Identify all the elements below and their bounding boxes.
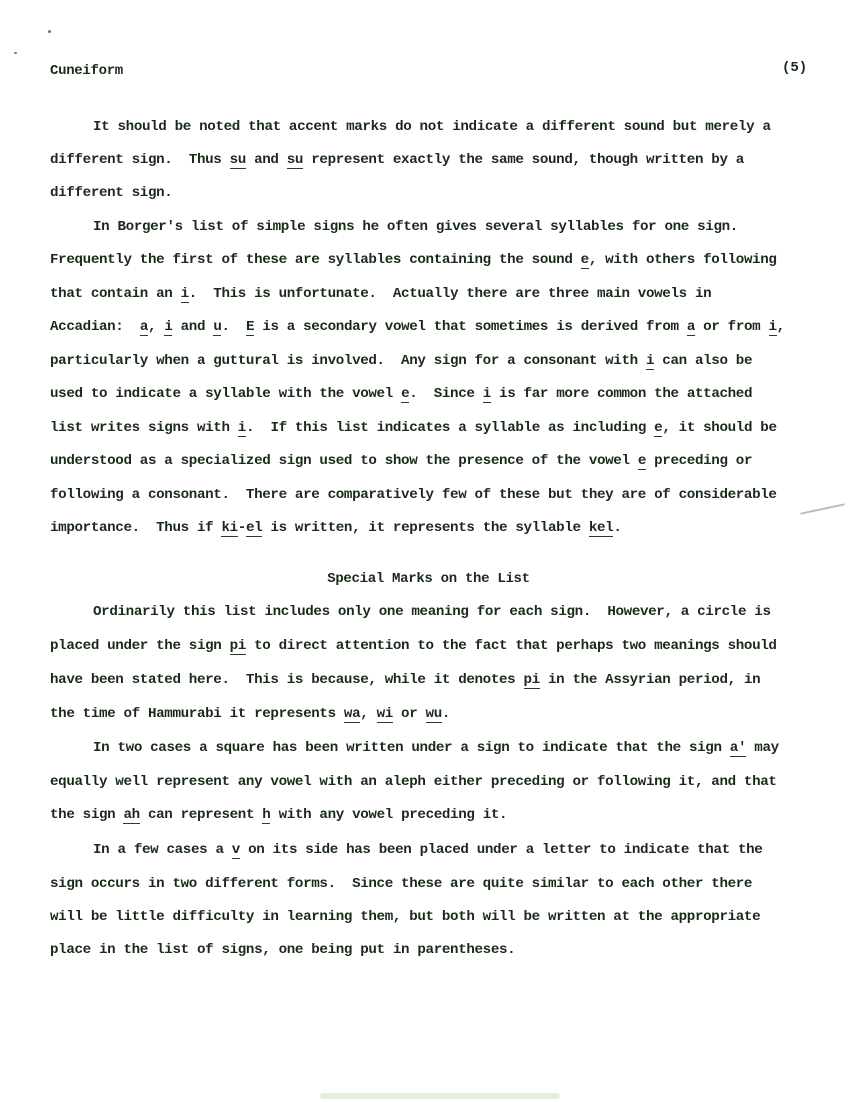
section-paragraph-3-line-1: In a few cases a v on its side has been … [93, 841, 762, 859]
underlined-term: i [769, 319, 777, 336]
section-paragraph-3-line-4: place in the list of signs, one being pu… [50, 941, 515, 959]
underlined-term: a' [730, 740, 746, 757]
paragraph-2-line-9: following a consonant. There are compara… [50, 486, 777, 504]
underlined-term: v [232, 842, 240, 859]
section-paragraph-1-line-3: have been stated here. This is because, … [50, 671, 760, 689]
paragraph-1-line-1: It should be noted that accent marks do … [93, 118, 771, 136]
paragraph-2-line-8: understood as a specialized sign used to… [50, 452, 752, 470]
document-page: Cuneiform (5) It should be noted that ac… [0, 0, 857, 1102]
section-paragraph-2-line-3: the sign ah can represent h with any vow… [50, 806, 507, 824]
page-number: (5) [782, 60, 807, 76]
underlined-term: ah [123, 807, 139, 824]
underlined-term: e [638, 453, 646, 470]
paragraph-2-line-10: importance. Thus if ki-el is written, it… [50, 519, 622, 537]
paragraph-2-line-5: particularly when a guttural is involved… [50, 352, 752, 370]
paragraph-2-line-7: list writes signs with i. If this list i… [50, 419, 777, 437]
underlined-term: e [401, 386, 409, 403]
paragraph-2-line-3: that contain an i. This is unfortunate. … [50, 285, 711, 303]
underlined-term: su [230, 152, 246, 169]
underlined-term: i [238, 420, 246, 437]
section-paragraph-3-line-2: sign occurs in two different forms. Sinc… [50, 875, 752, 893]
section-paragraph-1-line-4: the time of Hammurabi it represents wa, … [50, 705, 450, 723]
underlined-term: kel [589, 520, 614, 537]
underlined-term: su [287, 152, 303, 169]
paragraph-1-line-3: different sign. [50, 184, 172, 202]
underlined-term: E [246, 319, 254, 336]
scan-speck [14, 52, 17, 54]
section-heading: Special Marks on the List [0, 571, 857, 587]
scan-streak [800, 503, 844, 514]
paragraph-2-line-6: used to indicate a syllable with the vow… [50, 385, 752, 403]
underlined-term: i [646, 353, 654, 370]
underlined-term: ki [221, 520, 237, 537]
paragraph-2-line-1: In Borger's list of simple signs he ofte… [93, 218, 738, 236]
underlined-term: el [246, 520, 262, 537]
section-paragraph-2-line-2: equally well represent any vowel with an… [50, 773, 777, 791]
underlined-term: wu [426, 706, 442, 723]
paragraph-1-line-2: different sign. Thus su and su represent… [50, 151, 744, 169]
section-paragraph-3-line-3: will be little difficulty in learning th… [50, 908, 760, 926]
underlined-term: pi [230, 638, 246, 655]
underlined-term: a [687, 319, 695, 336]
underlined-term: pi [524, 672, 540, 689]
section-paragraph-2-line-1: In two cases a square has been written u… [93, 739, 779, 757]
underlined-term: wa [344, 706, 360, 723]
scan-speck [48, 30, 51, 33]
underlined-term: a [140, 319, 148, 336]
underlined-term: e [581, 252, 589, 269]
underlined-term: wi [377, 706, 393, 723]
paragraph-2-line-4: Accadian: a, i and u. E is a secondary v… [50, 318, 785, 336]
scan-smudge [320, 1093, 560, 1099]
section-paragraph-1-line-1: Ordinarily this list includes only one m… [93, 603, 771, 621]
underlined-term: i [181, 286, 189, 303]
text-seg: different sign. Thus [50, 152, 230, 168]
underlined-term: i [483, 386, 491, 403]
running-header-title: Cuneiform [50, 63, 123, 79]
paragraph-2-line-2: Frequently the first of these are syllab… [50, 251, 777, 269]
section-paragraph-1-line-2: placed under the sign pi to direct atten… [50, 637, 777, 655]
